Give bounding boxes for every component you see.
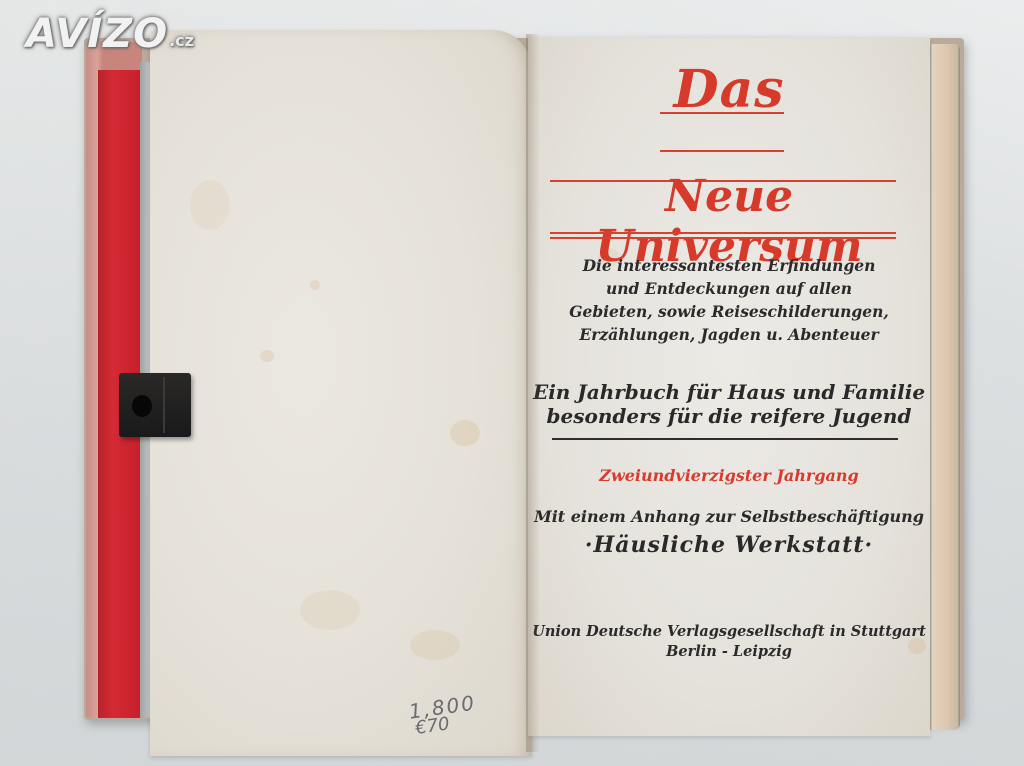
foxing-stain [300, 590, 360, 630]
yearbook-rule [552, 438, 898, 440]
publisher-line: Berlin - Leipzig [528, 642, 930, 662]
page-gutter [526, 34, 540, 752]
yearbook-block: Ein Jahrbuch für Haus und Familie besond… [528, 380, 930, 428]
subtitle-line: Gebieten, sowie Reiseschilderungen, [528, 300, 930, 323]
appendix-title: ·Häusliche Werkstatt· [528, 532, 930, 558]
watermark-tld: .cz [169, 31, 194, 50]
avizo-watermark: AVÍZO .cz [26, 14, 194, 54]
publisher-line: Union Deutsche Verlagsgesellschaft in St… [528, 622, 930, 642]
foxing-stain [450, 420, 480, 446]
clip-hole [132, 395, 152, 417]
title-rule [550, 237, 896, 239]
foxing-stain [410, 630, 460, 660]
foxing-stain [310, 280, 320, 290]
title-rule [660, 112, 784, 114]
subtitle-line: Erzählungen, Jagden u. Abenteuer [528, 323, 930, 346]
foxing-stain [260, 350, 274, 362]
page-edges [930, 44, 960, 730]
title-rule [660, 150, 784, 152]
subtitle-line: Die interessantesten Erfindungen [528, 254, 930, 277]
watermark-brand: AVÍZO [26, 14, 168, 54]
subtitle-line: und Entdeckungen auf allen [528, 277, 930, 300]
subtitle-block: Die interessantesten Erfindungen und Ent… [528, 254, 930, 346]
edition-label: Zweiundvierzigster Jahrgang [528, 466, 930, 485]
appendix-line: Mit einem Anhang zur Selbstbeschäftigung [528, 506, 930, 528]
black-clip [119, 373, 191, 437]
publisher-block: Union Deutsche Verlagsgesellschaft in St… [528, 622, 930, 662]
clip-seam [163, 377, 165, 433]
title-das: Das [528, 62, 930, 118]
left-endpaper [150, 30, 532, 756]
yearbook-line: Ein Jahrbuch für Haus und Familie [528, 380, 930, 404]
yearbook-line: besonders für die reifere Jugend [528, 404, 930, 428]
foxing-stain [190, 180, 230, 230]
title-rule [550, 232, 896, 234]
